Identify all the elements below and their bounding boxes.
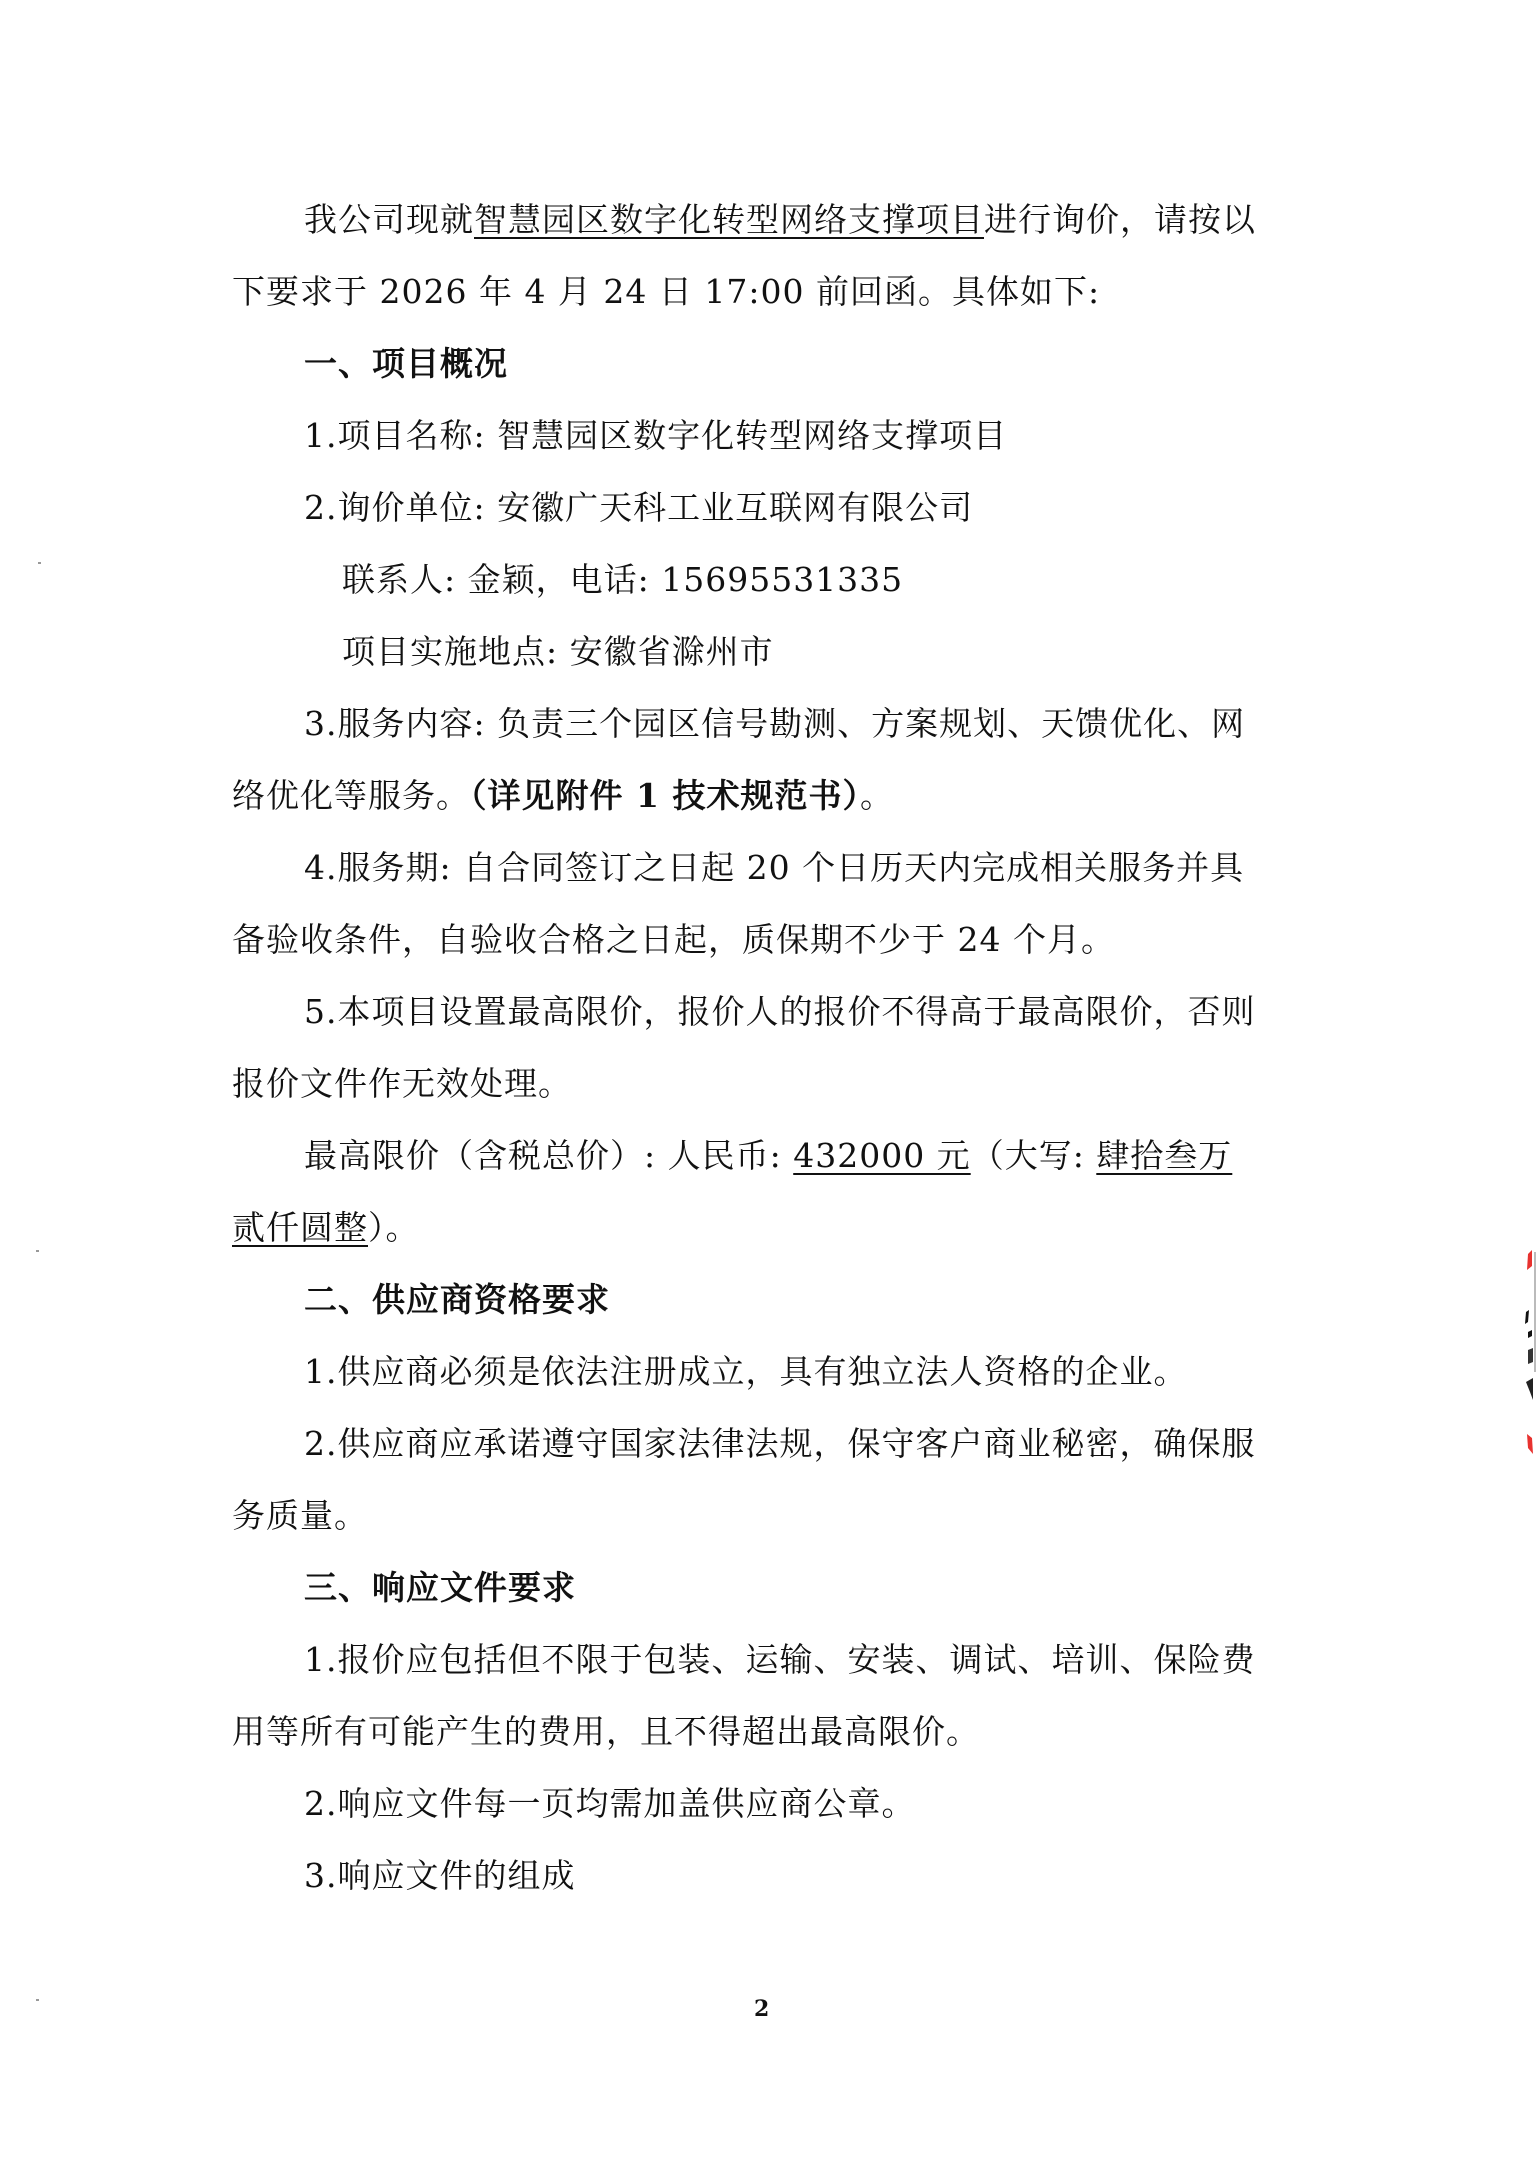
section-3-title: 三、响应文件要求 bbox=[304, 1566, 576, 1610]
price-cap-rule-line-2: 报价文件作无效处理。 bbox=[232, 1062, 572, 1106]
price-cap-rule-line-1: 5.本项目设置最高限价，报价人的报价不得高于最高限价，否则 bbox=[304, 990, 1256, 1034]
supplier-requirement-1: 1.供应商必须是依法注册成立，具有独立法人资格的企业。 bbox=[304, 1350, 1188, 1394]
intro-suffix: 进行询价，请按以 bbox=[984, 200, 1256, 239]
contact-line: 联系人: 金颖，电话: 15695531335 bbox=[342, 558, 903, 602]
project-name-item: 1.项目名称: 智慧园区数字化转型网络支撑项目 bbox=[304, 414, 1007, 458]
page-number: 2 bbox=[754, 1996, 769, 2022]
service-period-line-1: 4.服务期: 自合同签订之日起 20 个日历天内完成相关服务并具 bbox=[304, 846, 1244, 890]
intro-line-1: 我公司现就智慧园区数字化转型网络支撑项目进行询价，请按以 bbox=[304, 198, 1256, 242]
supplier-requirement-2-line-1: 2.供应商应承诺遵守国家法律法规，保守客户商业秘密，确保服 bbox=[304, 1422, 1256, 1466]
inquiry-unit-item: 2.询价单位: 安徽广天科工业互联网有限公司 bbox=[304, 486, 973, 530]
scan-artifact bbox=[36, 1250, 39, 1252]
seal-stamp-fragment-icon bbox=[1518, 1250, 1536, 1460]
max-price-words-part-1: 肆拾叁万 bbox=[1096, 1136, 1232, 1175]
response-requirement-2: 2.响应文件每一页均需加盖供应商公章。 bbox=[304, 1782, 916, 1826]
supplier-requirement-2-line-2: 务质量。 bbox=[232, 1494, 368, 1538]
service-content-end: 。 bbox=[860, 776, 894, 815]
max-price-label: 最高限价（含税总价）: 人民币: bbox=[304, 1136, 793, 1175]
service-period-line-2: 备验收条件，自验收合格之日起，质保期不少于 24 个月。 bbox=[232, 918, 1115, 962]
document-page: 我公司现就智慧园区数字化转型网络支撑项目进行询价，请按以 下要求于 2026 年… bbox=[0, 0, 1536, 2173]
service-content-line-1: 3.服务内容: 负责三个园区信号勘测、方案规划、天馈优化、网 bbox=[304, 702, 1245, 746]
response-requirement-1-line-2: 用等所有可能产生的费用，且不得超出最高限价。 bbox=[232, 1710, 980, 1754]
max-price-end: ）。 bbox=[368, 1208, 420, 1247]
section-1-title: 一、项目概况 bbox=[304, 342, 508, 386]
max-price-amount: 432000 元 bbox=[793, 1136, 970, 1175]
service-content-line-2: 络优化等服务。（详见附件 1 技术规范书）。 bbox=[232, 774, 894, 818]
max-price-line-1: 最高限价（含税总价）: 人民币: 432000 元（大写: 肆拾叁万 bbox=[304, 1134, 1232, 1178]
intro-line-2: 下要求于 2026 年 4 月 24 日 17:00 前回函。具体如下: bbox=[232, 270, 1100, 314]
project-name-underlined: 智慧园区数字化转型网络支撑项目 bbox=[474, 200, 984, 239]
response-requirement-3: 3.响应文件的组成 bbox=[304, 1854, 576, 1898]
response-requirement-1-line-1: 1.报价应包括但不限于包装、运输、安装、调试、培训、保险费 bbox=[304, 1638, 1256, 1682]
max-price-words-part-2: 贰仟圆整 bbox=[232, 1208, 368, 1247]
max-price-words-label: （大写: bbox=[971, 1136, 1097, 1175]
service-content-text: 络优化等服务。 bbox=[232, 776, 470, 815]
section-2-title: 二、供应商资格要求 bbox=[304, 1278, 610, 1322]
scan-artifact bbox=[38, 562, 41, 564]
intro-prefix: 我公司现就 bbox=[304, 200, 474, 239]
scan-artifact bbox=[36, 1999, 39, 2001]
max-price-line-2: 贰仟圆整）。 bbox=[232, 1206, 420, 1250]
location-line: 项目实施地点: 安徽省滁州市 bbox=[342, 630, 774, 674]
attachment-reference: （详见附件 1 技术规范书） bbox=[470, 776, 860, 815]
